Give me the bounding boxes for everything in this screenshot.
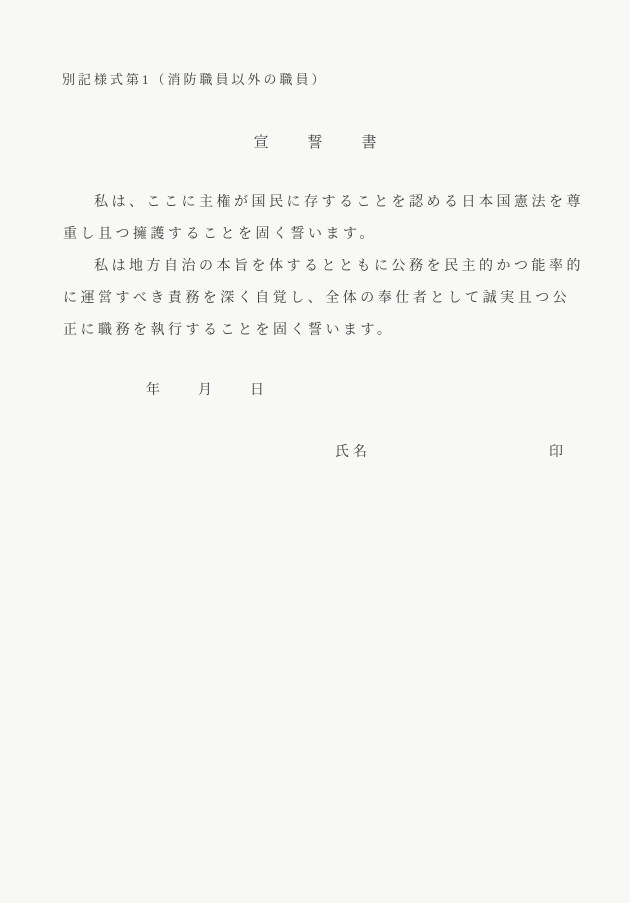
seal-label: 印 bbox=[549, 441, 567, 461]
oath-paragraph1-line2: 重し且つ擁護することを固く誓います。 bbox=[63, 219, 575, 251]
date-line: 年 月 日 bbox=[146, 379, 276, 399]
oath-paragraph2-line3: 正に職務を執行することを固く誓います。 bbox=[63, 315, 575, 347]
oath-body: 私は、ここに主権が国民に存することを認める日本国憲法を尊 重し且つ擁護することを… bbox=[63, 187, 575, 347]
form-number-label: 別記様式第1（消防職員以外の職員） bbox=[62, 69, 328, 88]
oath-paragraph2-line1: 私は地方自治の本旨を体するとともに公務を民主的かつ能率的 bbox=[63, 251, 575, 283]
name-label: 氏名 bbox=[335, 441, 371, 461]
oath-paragraph2-line2: に運営すべき責務を深く自覚し、全体の奉仕者として誠実且つ公 bbox=[63, 283, 575, 315]
oath-paragraph1-line1: 私は、ここに主権が国民に存することを認める日本国憲法を尊 bbox=[63, 187, 575, 219]
signature-row: 氏名 印 bbox=[335, 441, 567, 461]
oath-document-page: 別記様式第1（消防職員以外の職員） 宣 誓 書 私は、ここに主権が国民に存するこ… bbox=[0, 0, 630, 903]
document-title: 宣 誓 書 bbox=[0, 131, 630, 152]
